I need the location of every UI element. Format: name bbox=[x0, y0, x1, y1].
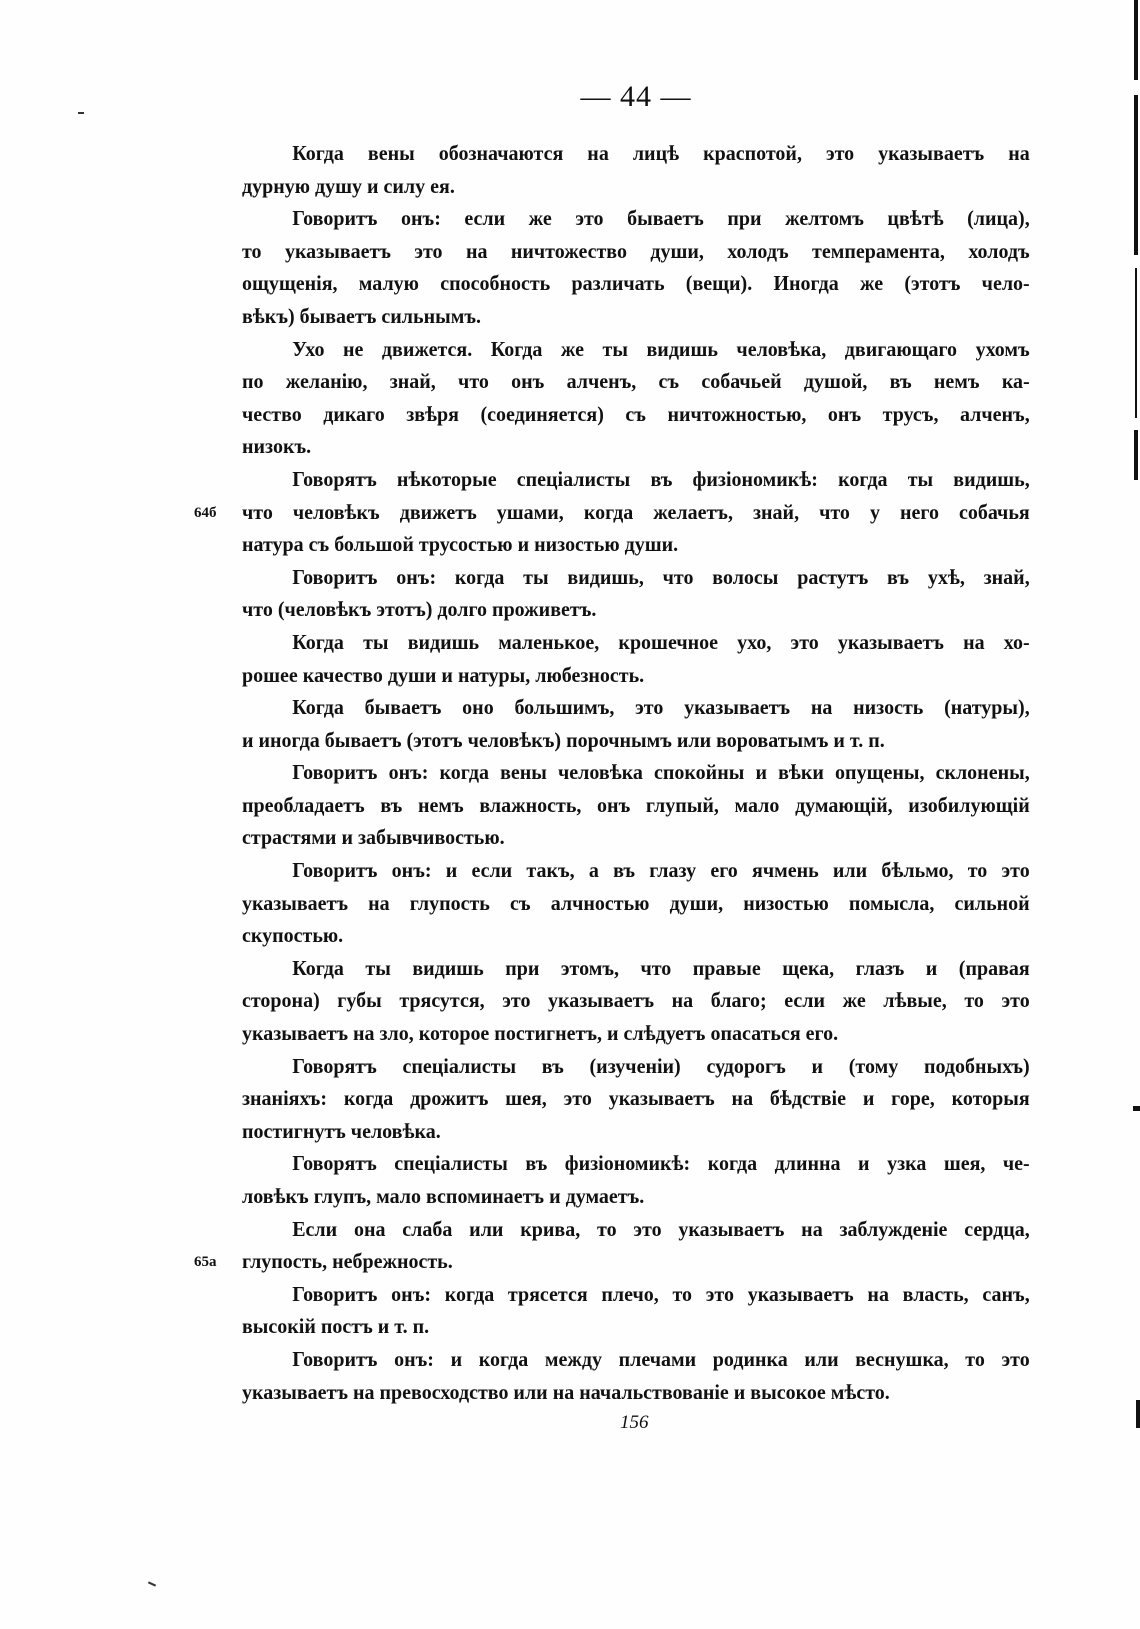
text-line: Говоритъ онъ: если же это бываетъ при же… bbox=[242, 202, 1030, 235]
binding-edge bbox=[1136, 1400, 1140, 1428]
text-line: и иногда бываетъ (этотъ человѣкъ) порочн… bbox=[242, 724, 1030, 757]
scan-speck bbox=[78, 112, 84, 114]
text-line: рошее качество души и натуры, любезность… bbox=[242, 659, 1030, 692]
text-line: Говорятъ спеціалисты въ физіономикѣ: ког… bbox=[242, 1147, 1030, 1180]
text-line: указываетъ на превосходство или на начал… bbox=[242, 1376, 1030, 1409]
text-line: Когда бываетъ оно большимъ, это указывае… bbox=[242, 691, 1030, 724]
text-line: знаніяхъ: когда дрожитъ шея, это указыва… bbox=[242, 1082, 1030, 1115]
margin-note: 65а bbox=[194, 1254, 217, 1271]
body-text: Когда вены обозначаются на лицѣ краспото… bbox=[242, 137, 1030, 1408]
text-line: глупость, небрежность. bbox=[242, 1245, 1030, 1278]
text-line: сторона) губы трясутся, это указываетъ н… bbox=[242, 984, 1030, 1017]
text-line: Если она слаба или крива, то это указыва… bbox=[242, 1213, 1030, 1246]
text-line: Говоритъ онъ: и когда между плечами роди… bbox=[242, 1343, 1030, 1376]
binding-edge bbox=[1133, 1106, 1140, 1111]
text-line: низокъ. bbox=[242, 430, 1030, 463]
text-line: Говорятъ нѣкоторые спеціалисты въ физіон… bbox=[242, 463, 1030, 496]
margin-note: 64б bbox=[194, 505, 217, 522]
page-number: — 44 — bbox=[0, 80, 1140, 114]
text-line: что (человѣкъ этотъ) долго проживетъ. bbox=[242, 593, 1030, 626]
text-line: натура съ большой трусостью и низостью д… bbox=[242, 528, 1030, 561]
text-line: указываетъ на глупость съ алчностью души… bbox=[242, 887, 1030, 920]
text-line: Говоритъ онъ: когда трясется плечо, то э… bbox=[242, 1278, 1030, 1311]
text-line: Когда ты видишь при этомъ, что правые ще… bbox=[242, 952, 1030, 985]
text-line: скупостью. bbox=[242, 919, 1030, 952]
binding-edge bbox=[1135, 268, 1137, 418]
scanned-page: — 44 — Когда вены обозначаются на лицѣ к… bbox=[0, 0, 1140, 1629]
text-line: то указываетъ это на ничтожество души, х… bbox=[242, 235, 1030, 268]
binding-edge bbox=[1134, 95, 1138, 255]
text-line: чество дикаго звѣря (соединяется) съ нич… bbox=[242, 398, 1030, 431]
text-line: высокій постъ и т. п. bbox=[242, 1310, 1030, 1343]
text-line: Говоритъ онъ: когда вены человѣка спокой… bbox=[242, 756, 1030, 789]
text-line: что человѣкъ движетъ ушами, когда желает… bbox=[242, 496, 1030, 529]
text-line: ловѣкъ глупъ, мало вспоминаетъ и думаетъ… bbox=[242, 1180, 1030, 1213]
signature-mark: 156 bbox=[620, 1412, 649, 1434]
binding-edge bbox=[1134, 0, 1138, 80]
text-line: по желанію, знай, что онъ алченъ, съ соб… bbox=[242, 365, 1030, 398]
text-line: ощущенія, малую способность различать (в… bbox=[242, 267, 1030, 300]
text-line: Говоритъ онъ: и если такъ, а въ глазу ег… bbox=[242, 854, 1030, 887]
text-line: преобладаетъ въ немъ влажность, онъ глуп… bbox=[242, 789, 1030, 822]
text-line: Ухо не движется. Когда же ты видишь чело… bbox=[242, 333, 1030, 366]
text-line: дурную душу и силу ея. bbox=[242, 170, 1030, 203]
text-line: вѣкъ) бываетъ сильнымъ. bbox=[242, 300, 1030, 333]
text-line: страстями и забывчивостью. bbox=[242, 821, 1030, 854]
scan-speck bbox=[148, 1581, 156, 1586]
binding-edge bbox=[1134, 430, 1138, 480]
text-line: Говорятъ спеціалисты въ (изученіи) судор… bbox=[242, 1050, 1030, 1083]
text-line: указываетъ на зло, которое постигнетъ, и… bbox=[242, 1017, 1030, 1050]
text-line: Говоритъ онъ: когда ты видишь, что волос… bbox=[242, 561, 1030, 594]
text-line: Когда вены обозначаются на лицѣ краспото… bbox=[242, 137, 1030, 170]
text-line: постигнутъ человѣка. bbox=[242, 1115, 1030, 1148]
text-line: Когда ты видишь маленькое, крошечное ухо… bbox=[242, 626, 1030, 659]
